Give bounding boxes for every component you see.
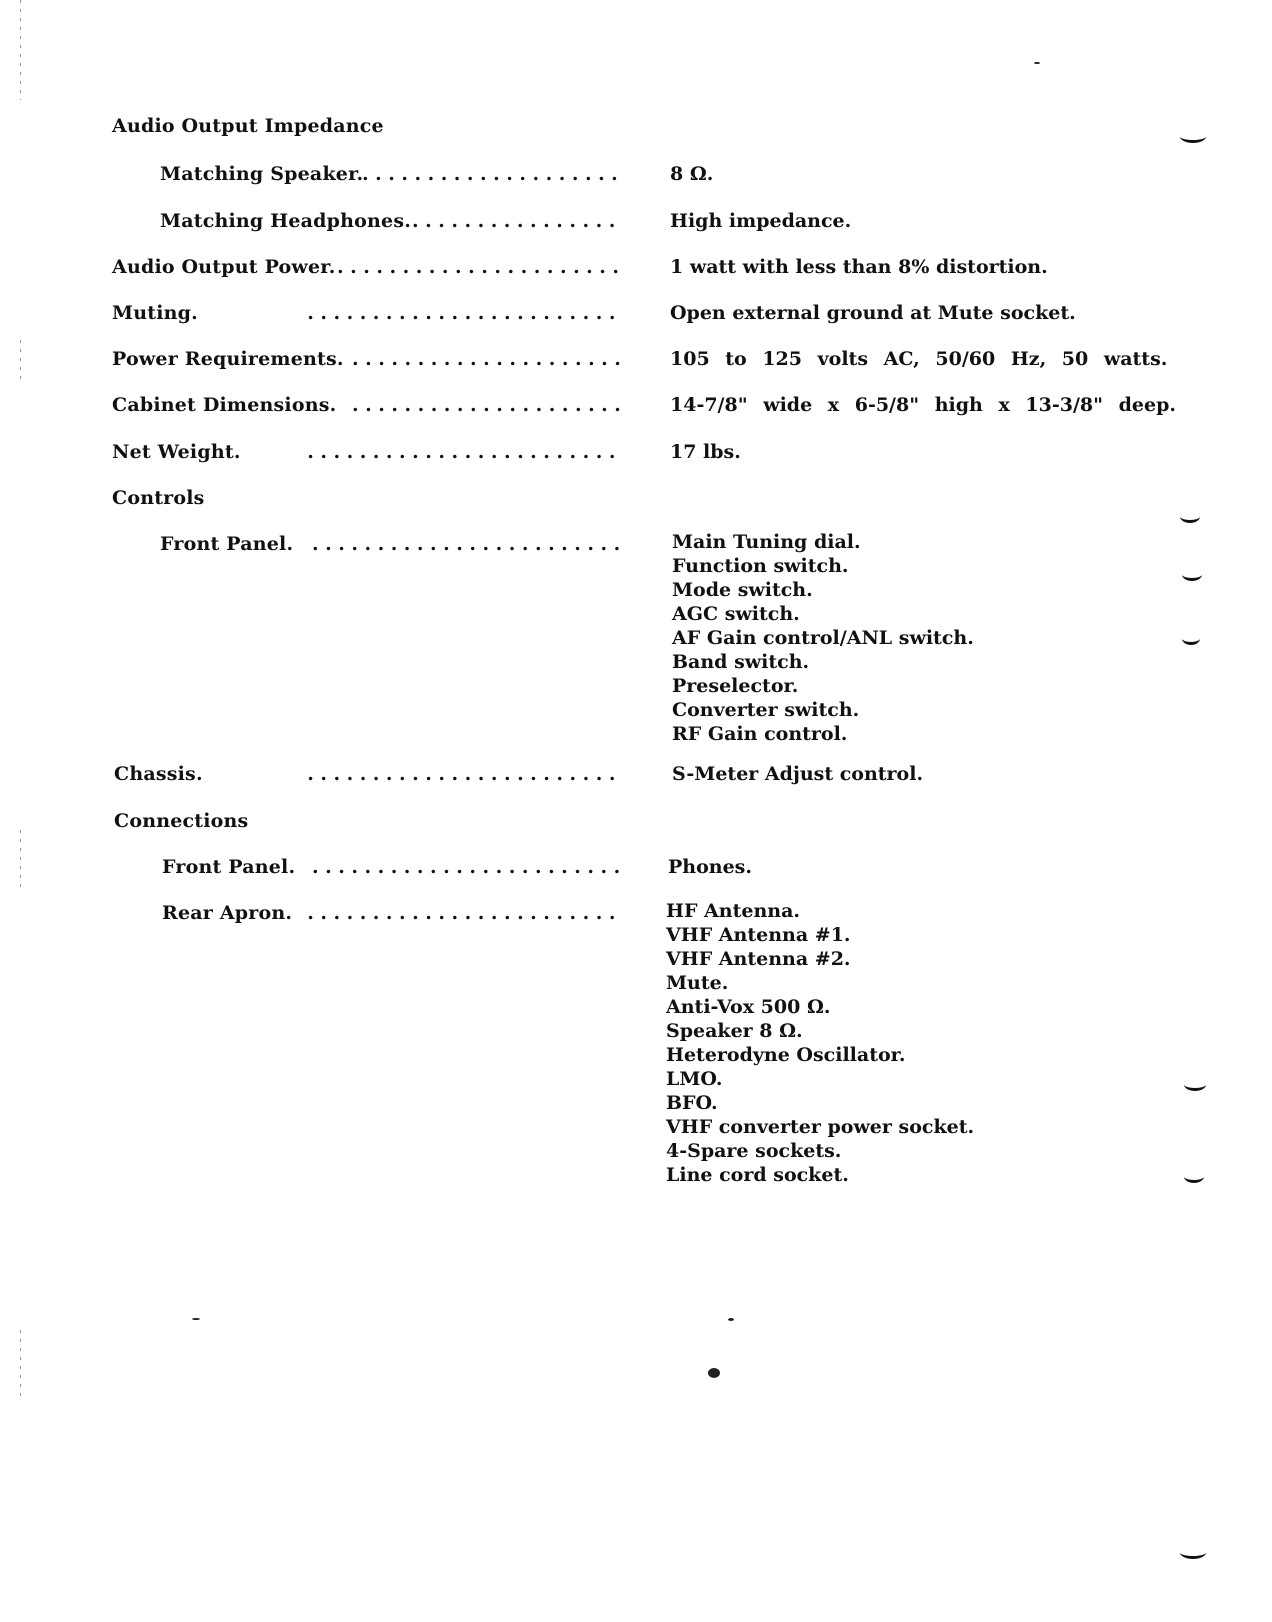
spec-row-cabinet-dimensions: Cabinet Dimensions. ....................… [0, 394, 1272, 424]
spec-row-connections-front-panel: Front Panel. ........................ Ph… [0, 856, 1272, 886]
list-item: Anti-Vox 500 Ω. [666, 995, 974, 1019]
spec-value: 17 lbs. [670, 441, 741, 463]
binder-mark [1184, 1078, 1206, 1091]
binder-mark [1180, 130, 1206, 143]
list-item: Preselector. [672, 674, 974, 698]
spec-value: High impedance. [670, 210, 851, 232]
spec-value: Open external ground at Mute socket. [670, 302, 1076, 324]
list-item: Mute. [666, 971, 974, 995]
spec-label: Power Requirements. [112, 348, 344, 370]
binder-mark [1180, 1546, 1206, 1559]
list-item: Converter switch. [672, 698, 974, 722]
spec-row-matching-headphones: Matching Headphones. ...................… [0, 210, 1272, 240]
list-item: LMO. [666, 1067, 974, 1091]
leader-dots: ........................ [412, 210, 622, 232]
scan-edge-artifact [20, 1330, 21, 1400]
spec-heading: Audio Output Impedance [112, 115, 384, 137]
spec-label: Rear Apron. [162, 902, 292, 924]
spec-value: 8 Ω. [670, 163, 713, 185]
binder-mark [1182, 632, 1200, 645]
leader-dots: ........................ [352, 348, 622, 370]
list-item: Function switch. [672, 554, 974, 578]
list-item: RF Gain control. [672, 722, 974, 746]
leader-dots: ........................ [312, 856, 622, 878]
list-item: Main Tuning dial. [672, 530, 974, 554]
spec-value: Phones. [668, 856, 752, 878]
spec-row-controls: Controls [0, 487, 1272, 517]
list-item: AF Gain control/ANL switch. [672, 626, 974, 650]
spec-label: Matching Headphones. [160, 210, 411, 232]
leader-dots: ........................ [222, 763, 622, 785]
spec-label: Audio Output Power. [112, 256, 336, 278]
spec-heading: Controls [112, 487, 205, 509]
front-panel-controls-list: Main Tuning dial. Function switch. Mode … [672, 530, 974, 746]
list-item: Line cord socket. [666, 1163, 974, 1187]
spec-row-audio-output-power: Audio Output Power. ....................… [0, 256, 1272, 286]
leader-dots: ........................ [302, 902, 622, 924]
spec-value: 1 watt with less than 8% distortion. [670, 256, 1048, 278]
spec-label: Muting. [112, 302, 198, 324]
spec-label: Front Panel. [162, 856, 295, 878]
spec-label: Matching Speaker. [160, 163, 363, 185]
list-item: VHF Antenna #1. [666, 923, 974, 947]
list-item: Band switch. [672, 650, 974, 674]
list-item: HF Antenna. [666, 899, 974, 923]
list-item: VHF Antenna #2. [666, 947, 974, 971]
spec-label: Net Weight. [112, 441, 241, 463]
spec-label: Front Panel. [160, 533, 293, 555]
leader-dots: ........................ [362, 163, 622, 185]
list-item: VHF converter power socket. [666, 1115, 974, 1139]
spec-row-power-requirements: Power Requirements. ....................… [0, 348, 1272, 378]
list-item: Mode switch. [672, 578, 974, 602]
spec-row-connections: Connections [0, 810, 1272, 840]
binder-mark [1182, 568, 1202, 581]
scan-edge-artifact [20, 0, 21, 100]
list-item: 4-Spare sockets. [666, 1139, 974, 1163]
leader-dots: ........................ [202, 302, 622, 324]
spec-row-rear-apron: Rear Apron. ........................ [0, 902, 1272, 932]
scan-speck [192, 1318, 200, 1320]
binder-mark [1180, 510, 1200, 523]
list-item: AGC switch. [672, 602, 974, 626]
spec-heading: Connections [114, 810, 248, 832]
spec-row-net-weight: Net Weight. ........................ 17 … [0, 441, 1272, 471]
scan-speck [1034, 62, 1040, 64]
leader-dots: ........................ [352, 394, 622, 416]
spec-value: 14-7/8" wide x 6-5/8" high x 13-3/8" dee… [670, 394, 1176, 416]
spec-label: Chassis. [114, 763, 203, 785]
scan-speck [728, 1318, 734, 1321]
spec-row-muting: Muting. ........................ Open ex… [0, 302, 1272, 332]
list-item: BFO. [666, 1091, 974, 1115]
spec-label: Cabinet Dimensions. [112, 394, 336, 416]
binder-mark [1184, 1170, 1204, 1183]
leader-dots: ........................ [242, 441, 622, 463]
spec-row-controls-front-panel: Front Panel. ........................ [0, 533, 1272, 563]
rear-apron-connections-list: HF Antenna. VHF Antenna #1. VHF Antenna … [666, 899, 974, 1187]
scan-speck [708, 1368, 720, 1378]
spec-row-chassis: Chassis. ........................ S-Mete… [0, 763, 1272, 793]
leader-dots: ........................ [337, 256, 622, 278]
spec-row-audio-output-impedance: Audio Output Impedance [0, 115, 1272, 145]
list-item: Heterodyne Oscillator. [666, 1043, 974, 1067]
spec-row-matching-speaker: Matching Speaker. ......................… [0, 163, 1272, 193]
leader-dots: ........................ [312, 533, 622, 555]
spec-value: 105 to 125 volts AC, 50/60 Hz, 50 watts. [670, 348, 1167, 370]
list-item: Speaker 8 Ω. [666, 1019, 974, 1043]
spec-value: S-Meter Adjust control. [672, 763, 923, 785]
